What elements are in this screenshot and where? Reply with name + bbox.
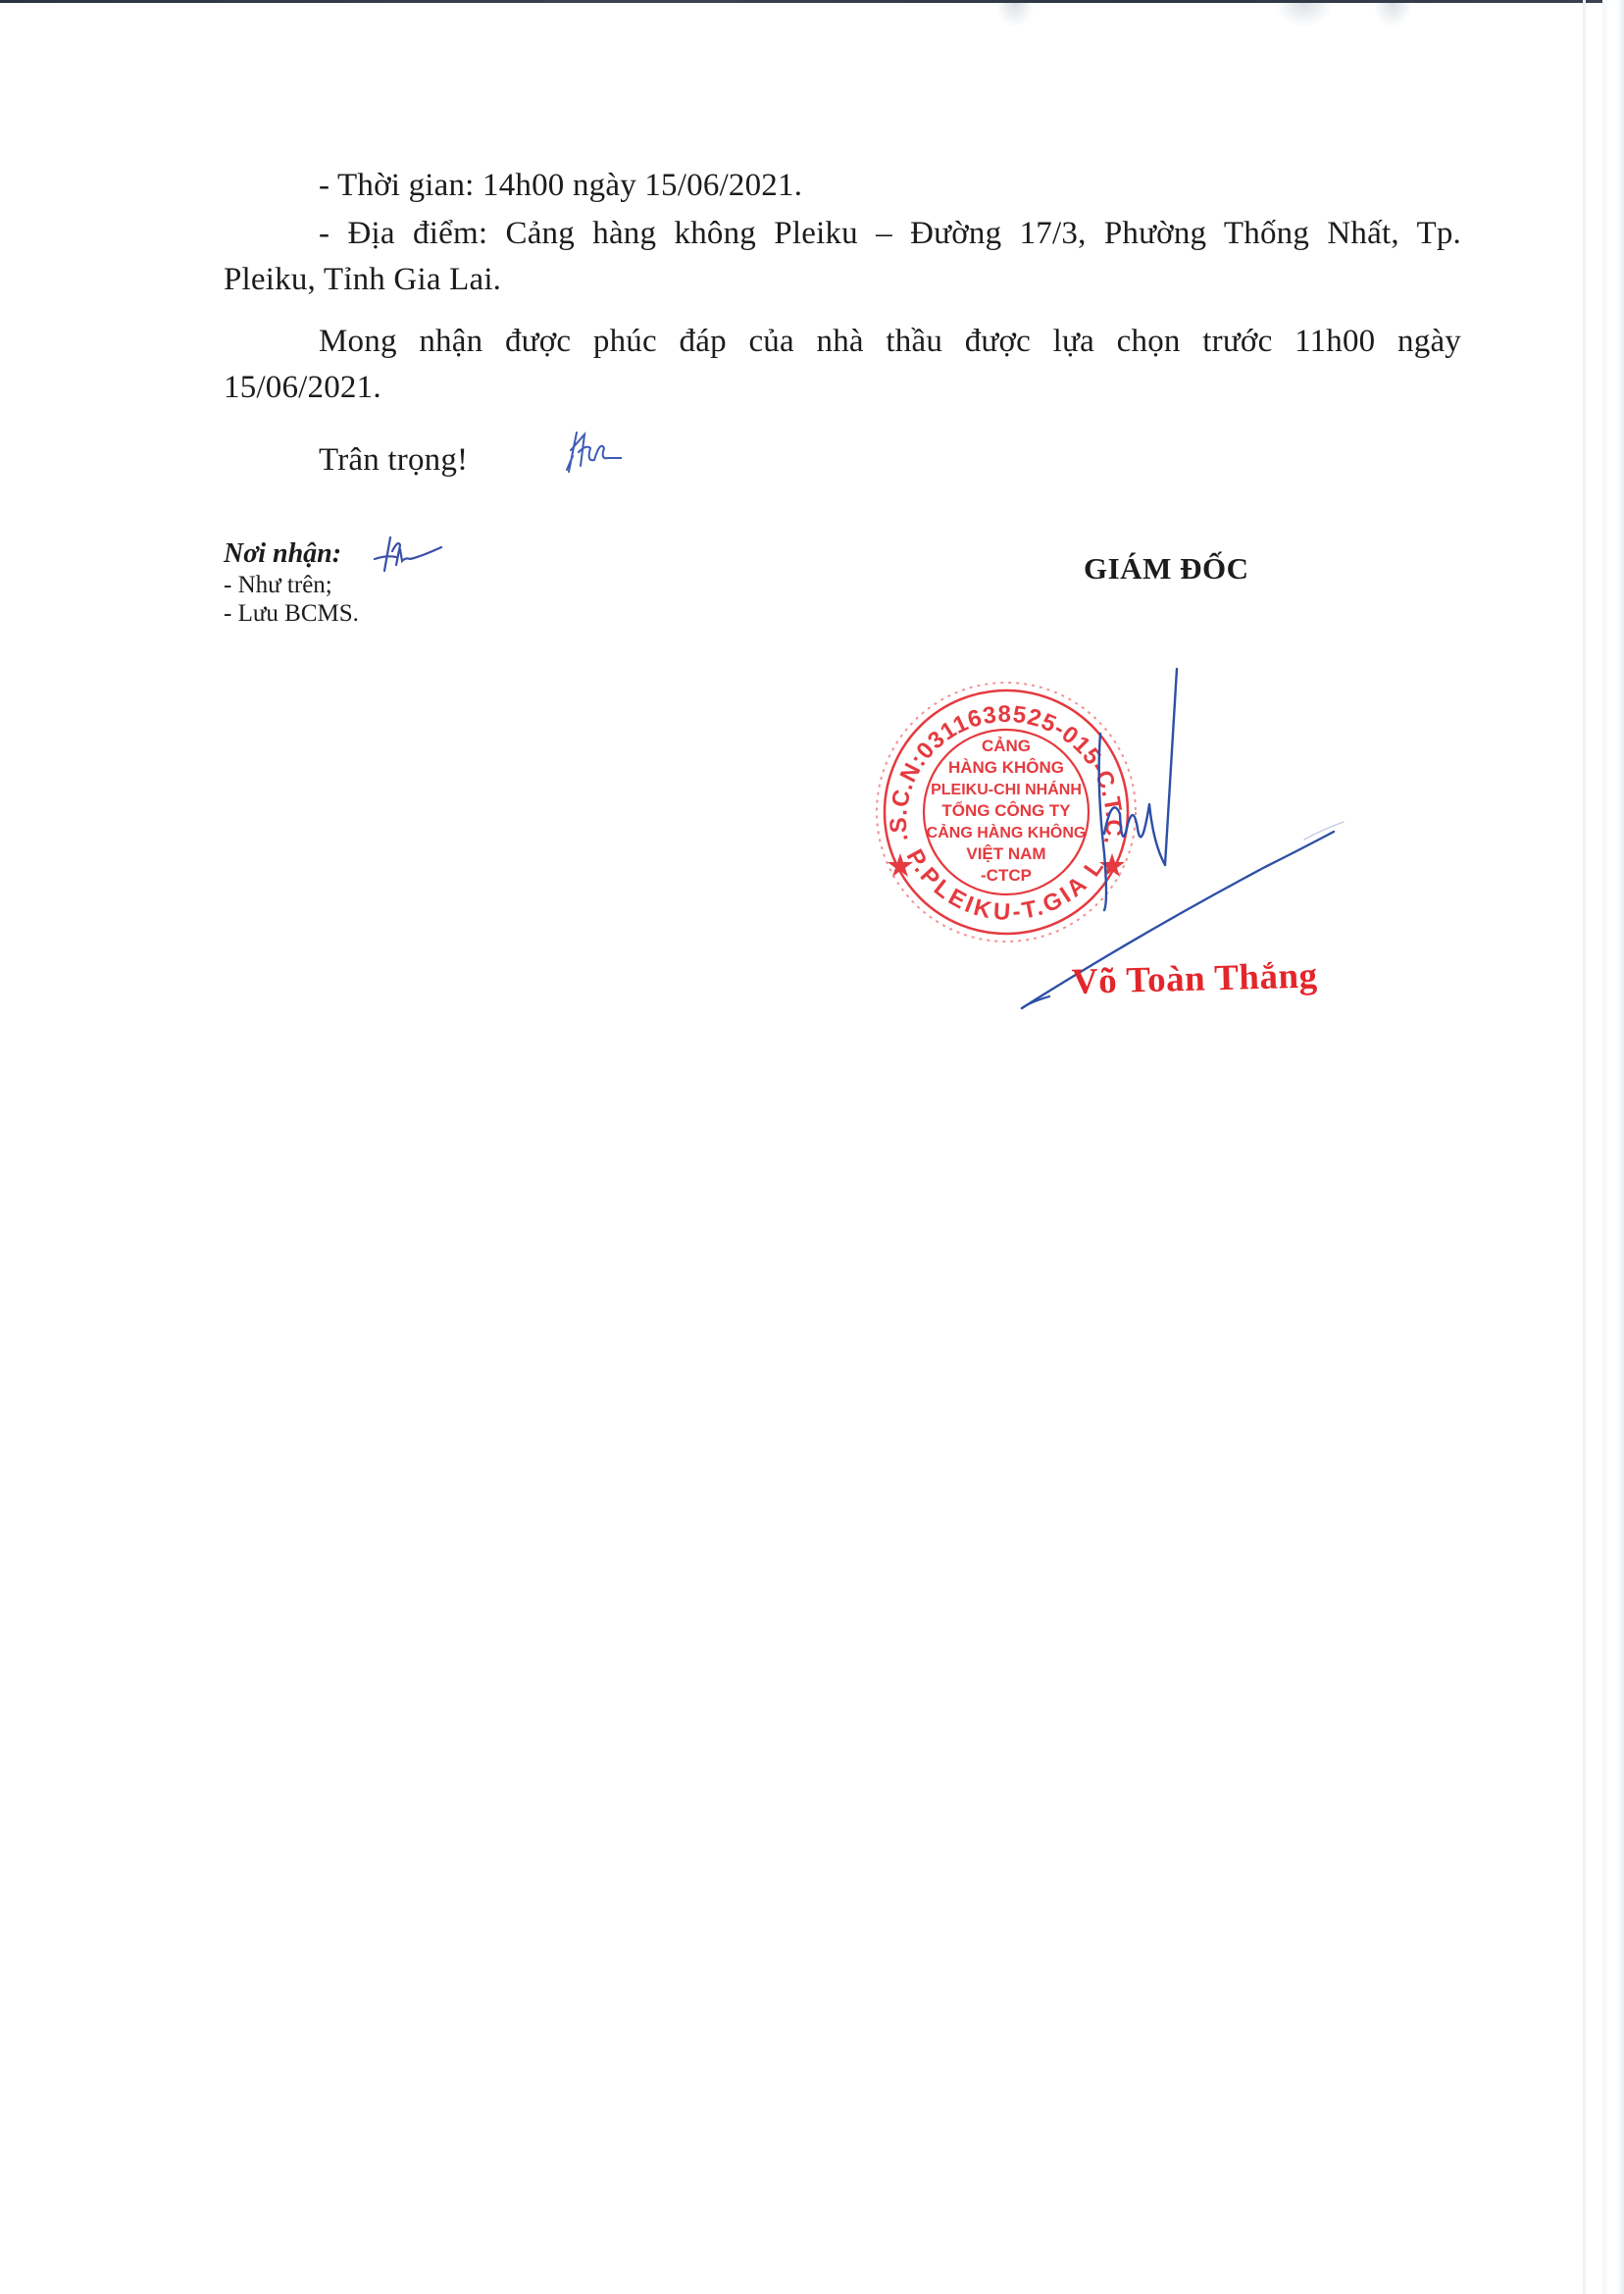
scan-right-shadow (1602, 0, 1624, 2294)
stamp-inner-line: TỔNG CÔNG TY (941, 801, 1071, 820)
meeting-location-line-1: - Địa điểm: Cảng hàng không Pleiku – Đườ… (224, 211, 1461, 257)
signer-name: Võ Toàn Thắng (1071, 954, 1318, 1003)
scan-smudge (1275, 3, 1334, 27)
letter-body: - Thời gian: 14h00 ngày 15/06/2021. - Đị… (224, 163, 1461, 489)
director-title: GIÁM ĐỐC (1084, 551, 1248, 586)
stamp-inner-line: VIỆT NAM (966, 844, 1045, 863)
stamp-inner-line: PLEIKU-CHI NHÁNH (931, 780, 1082, 798)
scan-right-line (1583, 0, 1586, 2294)
scan-smudge (1373, 3, 1412, 27)
initial-signature-icon (468, 427, 622, 489)
recipients-block: Nơi nhận: - Như trên; - Lưu BCMS. (224, 537, 359, 628)
stamp-inner-line: HÀNG KHÔNG (948, 758, 1064, 777)
recipients-initial-signature-icon (373, 532, 451, 582)
response-request-line-2: 15/06/2021. (224, 365, 1461, 411)
recipient-item: - Như trên; (224, 571, 359, 599)
scan-smudge (995, 3, 1035, 27)
meeting-location: - Địa điểm: Cảng hàng không Pleiku – Đườ… (224, 211, 1461, 303)
closing-text: Trân trọng! (319, 442, 468, 478)
response-request-line-1: Mong nhận được phúc đáp của nhà thầu đượ… (224, 319, 1461, 365)
meeting-time: - Thời gian: 14h00 ngày 15/06/2021. (224, 163, 1461, 209)
stamp-inner-line: CẢNG HÀNG KHÔNG (927, 823, 1087, 841)
recipient-item: - Lưu BCMS. (224, 599, 359, 628)
company-seal-stamp: M.S.C.N:0311638525-015-C.T.C.P TP.PLEIKU… (871, 677, 1142, 947)
recipients-title: Nơi nhận: (224, 537, 341, 571)
response-request: Mong nhận được phúc đáp của nhà thầu đượ… (224, 319, 1461, 411)
stamp-inner-line: CẢNG (982, 737, 1031, 755)
closing-line: Trân trọng! (224, 427, 1461, 489)
meeting-time-text: - Thời gian: 14h00 ngày 15/06/2021. (224, 163, 1461, 209)
stamp-inner-line: -CTCP (981, 866, 1032, 885)
meeting-location-line-2: Pleiku, Tỉnh Gia Lai. (224, 257, 1461, 303)
